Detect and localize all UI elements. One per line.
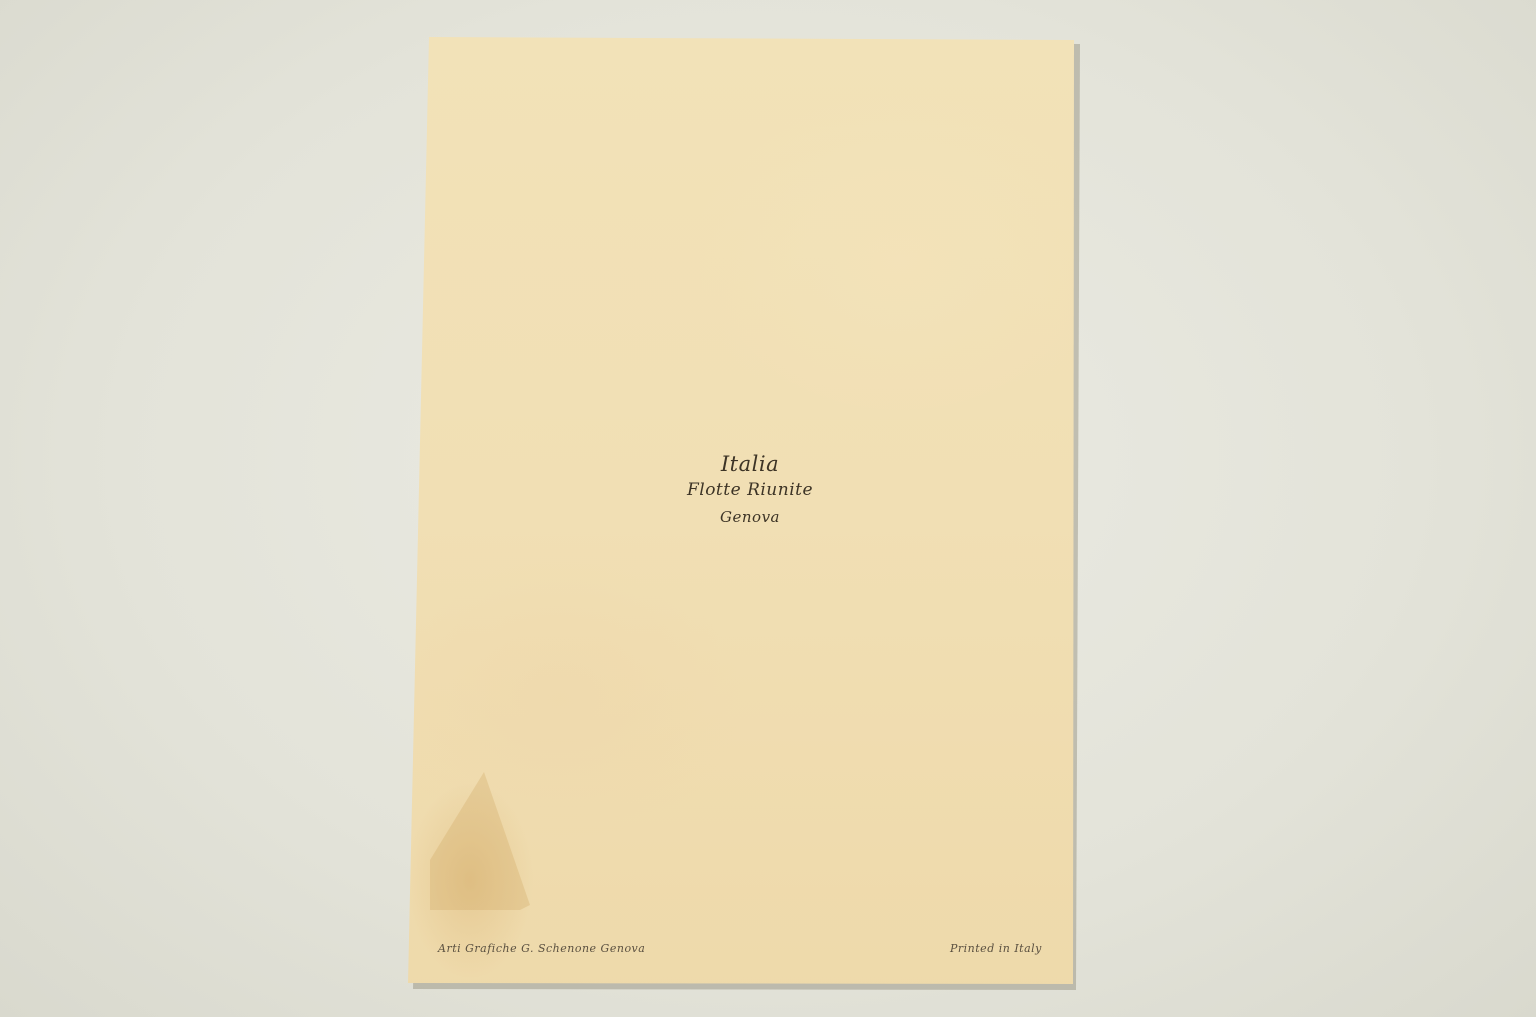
printed-in-note: Printed in Italy bbox=[950, 942, 1042, 955]
printer-credit: Arti Grafiche G. Schenone Genova bbox=[438, 942, 645, 955]
photo-background: Italia Flotte Riunite Genova Arti Grafic… bbox=[0, 0, 1536, 1017]
company-city: Genova bbox=[640, 508, 860, 526]
company-country: Italia bbox=[640, 452, 860, 476]
company-name: Flotte Riunite bbox=[640, 480, 860, 500]
